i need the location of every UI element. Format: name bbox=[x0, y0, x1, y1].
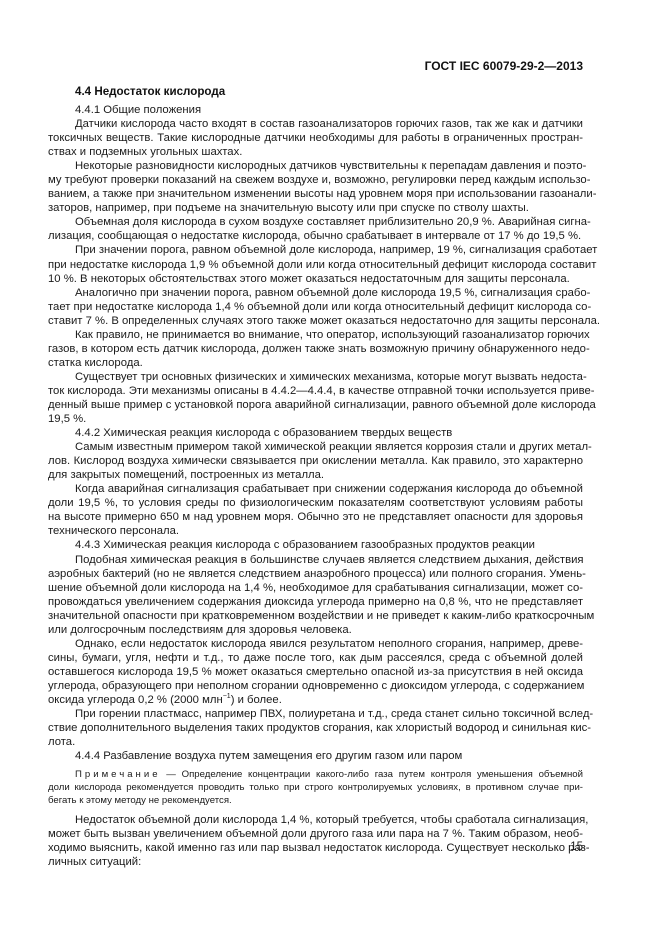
note-line: Примечание — Определение концентрации ка… bbox=[48, 768, 583, 781]
text-line: 19,5 %. bbox=[48, 412, 583, 426]
section-heading-4-4: 4.4 Недостаток кислорода bbox=[75, 85, 583, 99]
paragraph-4-4-2-b: Когда аварийная сигнализация срабатывает… bbox=[48, 482, 583, 538]
text-line: Существует три основных физических и хим… bbox=[48, 370, 583, 384]
paragraph-4-4-1-a: Датчики кислорода часто входят в состав … bbox=[48, 117, 583, 159]
paragraph-4-4-2-a: Самым известным примером такой химическо… bbox=[48, 440, 583, 482]
paragraph-4-4-1-g: Существует три основных физических и хим… bbox=[48, 370, 583, 426]
note-line: бегать к этому методу не рекомендуется. bbox=[48, 794, 583, 807]
co-text-prefix: оксида углерода 0,2 % (2000 млн bbox=[48, 694, 223, 706]
text-line: тает при недостатке кислорода 1,4 % объе… bbox=[48, 300, 583, 314]
text-line: Аналогично при значении порога, равном о… bbox=[48, 286, 583, 300]
paragraph-4-4-1-c: Объемная доля кислорода в сухом воздухе … bbox=[48, 215, 583, 243]
paragraph-4-4-1-e: Аналогично при значении порога, равном о… bbox=[48, 286, 583, 328]
text-line: При горении пластмасс, например ПВХ, пол… bbox=[48, 707, 583, 721]
text-line: на высоте примерно 650 м над уровнем мор… bbox=[48, 510, 583, 524]
text-line: ствие дополнительного выделения таких пр… bbox=[48, 721, 583, 735]
text-line: сины, бумаги, угля, нефти и т.д., то даж… bbox=[48, 651, 583, 665]
paragraph-4-4-1-d: При значении порога, равном объемной дол… bbox=[48, 243, 583, 285]
text-line: доли 19,5 %, то условия среды по физиоло… bbox=[48, 496, 583, 510]
text-line: му требуют проверки показаний на свежем … bbox=[48, 173, 583, 187]
text-line: Подобная химическая реакция в большинств… bbox=[48, 553, 583, 567]
page-number: 15 bbox=[570, 841, 583, 853]
subsection-heading-4-4-2: 4.4.2 Химическая реакция кислорода с обр… bbox=[48, 426, 583, 440]
text-line: технического персонала. bbox=[48, 524, 583, 538]
text-line: для закрытых помещений, построенных из м… bbox=[48, 468, 583, 482]
text-line: может быть вызван увеличением объемной д… bbox=[48, 827, 583, 841]
paragraph-4-4-3-c: При горении пластмасс, например ПВХ, пол… bbox=[48, 707, 583, 749]
note-label: Примечание bbox=[75, 769, 161, 780]
text-line: ствах и подземных угольных шахтах. bbox=[48, 145, 583, 159]
note-block: Примечание — Определение концентрации ка… bbox=[48, 768, 583, 807]
text-line: Датчики кислорода часто входят в состав … bbox=[48, 117, 583, 131]
text-line: шение объемной доли кислорода на 1,4 %, … bbox=[48, 581, 583, 595]
text-line: денный выше пример с установкой порога а… bbox=[48, 398, 583, 412]
text-line-co-concentration: оксида углерода 0,2 % (2000 млн−1) и бол… bbox=[48, 693, 583, 707]
text-line: при недостатке кислорода 1,9 % объемной … bbox=[48, 258, 583, 272]
subsection-heading-4-4-1: 4.4.1 Общие положения bbox=[48, 103, 583, 117]
document-page: ГОСТ IEC 60079-29-2—2013 4.4 Недостаток … bbox=[0, 0, 661, 935]
note-line: доли кислорода рекомендуется проводить т… bbox=[48, 781, 583, 794]
text-line: заторов, например, при подъеме на значит… bbox=[48, 201, 583, 215]
text-line: углерода, образующего при неполном сгора… bbox=[48, 679, 583, 693]
text-line: Как правило, не принимается во внимание,… bbox=[48, 328, 583, 342]
paragraph-4-4-3-a: Подобная химическая реакция в большинств… bbox=[48, 553, 583, 637]
co-text-suffix: ) и более. bbox=[231, 694, 282, 706]
text-line: ванием, а также при значительном изменен… bbox=[48, 187, 583, 201]
text-line: ставит 7 %. В определенных случаях этого… bbox=[48, 314, 583, 328]
paragraph-4-4-3-b: Однако, если недостаток кислорода явился… bbox=[48, 637, 583, 707]
text-line: Самым известным примером такой химическо… bbox=[48, 440, 583, 454]
text-line: ток кислорода. Эти механизмы описаны в 4… bbox=[48, 384, 583, 398]
note-text: — Определение концентрации какого-либо г… bbox=[161, 769, 583, 780]
text-line: Однако, если недостаток кислорода явился… bbox=[48, 637, 583, 651]
text-line: токсичных веществ. Такие кислородные дат… bbox=[48, 131, 583, 145]
paragraph-4-4-1-f: Как правило, не принимается во внимание,… bbox=[48, 328, 583, 370]
text-line: аэробных бактерий (но не является следст… bbox=[48, 567, 583, 581]
text-line: лов. Кислород воздуха химически связывае… bbox=[48, 454, 583, 468]
subsection-heading-4-4-3: 4.4.3 Химическая реакция кислорода с обр… bbox=[48, 538, 583, 552]
text-line: газов, в котором есть датчик кислорода, … bbox=[48, 342, 583, 356]
subsection-heading-4-4-4: 4.4.4 Разбавление воздуха путем замещени… bbox=[48, 749, 583, 763]
text-line: При значении порога, равном объемной дол… bbox=[48, 243, 583, 257]
paragraph-4-4-1-b: Некоторые разновидности кислородных датч… bbox=[48, 159, 583, 215]
text-line: значительной опасности при кратковременн… bbox=[48, 609, 583, 623]
document-body: 4.4 Недостаток кислорода 4.4.1 Общие пол… bbox=[48, 85, 583, 869]
unit-exponent: −1 bbox=[223, 693, 231, 700]
text-line: статка кислорода. bbox=[48, 356, 583, 370]
paragraph-4-4-4-a: Недостаток объемной доли кислорода 1,4 %… bbox=[48, 813, 583, 869]
text-line: Когда аварийная сигнализация срабатывает… bbox=[48, 482, 583, 496]
text-line: или долгосрочным последствиям для здоров… bbox=[48, 623, 583, 637]
text-line: Некоторые разновидности кислородных датч… bbox=[48, 159, 583, 173]
text-line: Объемная доля кислорода в сухом воздухе … bbox=[48, 215, 583, 229]
text-line: 10 %. В некоторых обстоятельствах этого … bbox=[48, 272, 583, 286]
text-line: ходимо выяснить, какой именно газ или па… bbox=[48, 841, 583, 855]
text-line: оставшегося кислорода 19,5 % может оказа… bbox=[48, 665, 583, 679]
text-line: лота. bbox=[48, 735, 583, 749]
standard-id-header: ГОСТ IEC 60079-29-2—2013 bbox=[425, 59, 583, 73]
text-line: Недостаток объемной доли кислорода 1,4 %… bbox=[48, 813, 583, 827]
text-line: провождаться увеличением содержания диок… bbox=[48, 595, 583, 609]
text-line: личных ситуаций: bbox=[48, 855, 583, 869]
text-line: лизация, сообщающая о недостатке кислоро… bbox=[48, 229, 583, 243]
